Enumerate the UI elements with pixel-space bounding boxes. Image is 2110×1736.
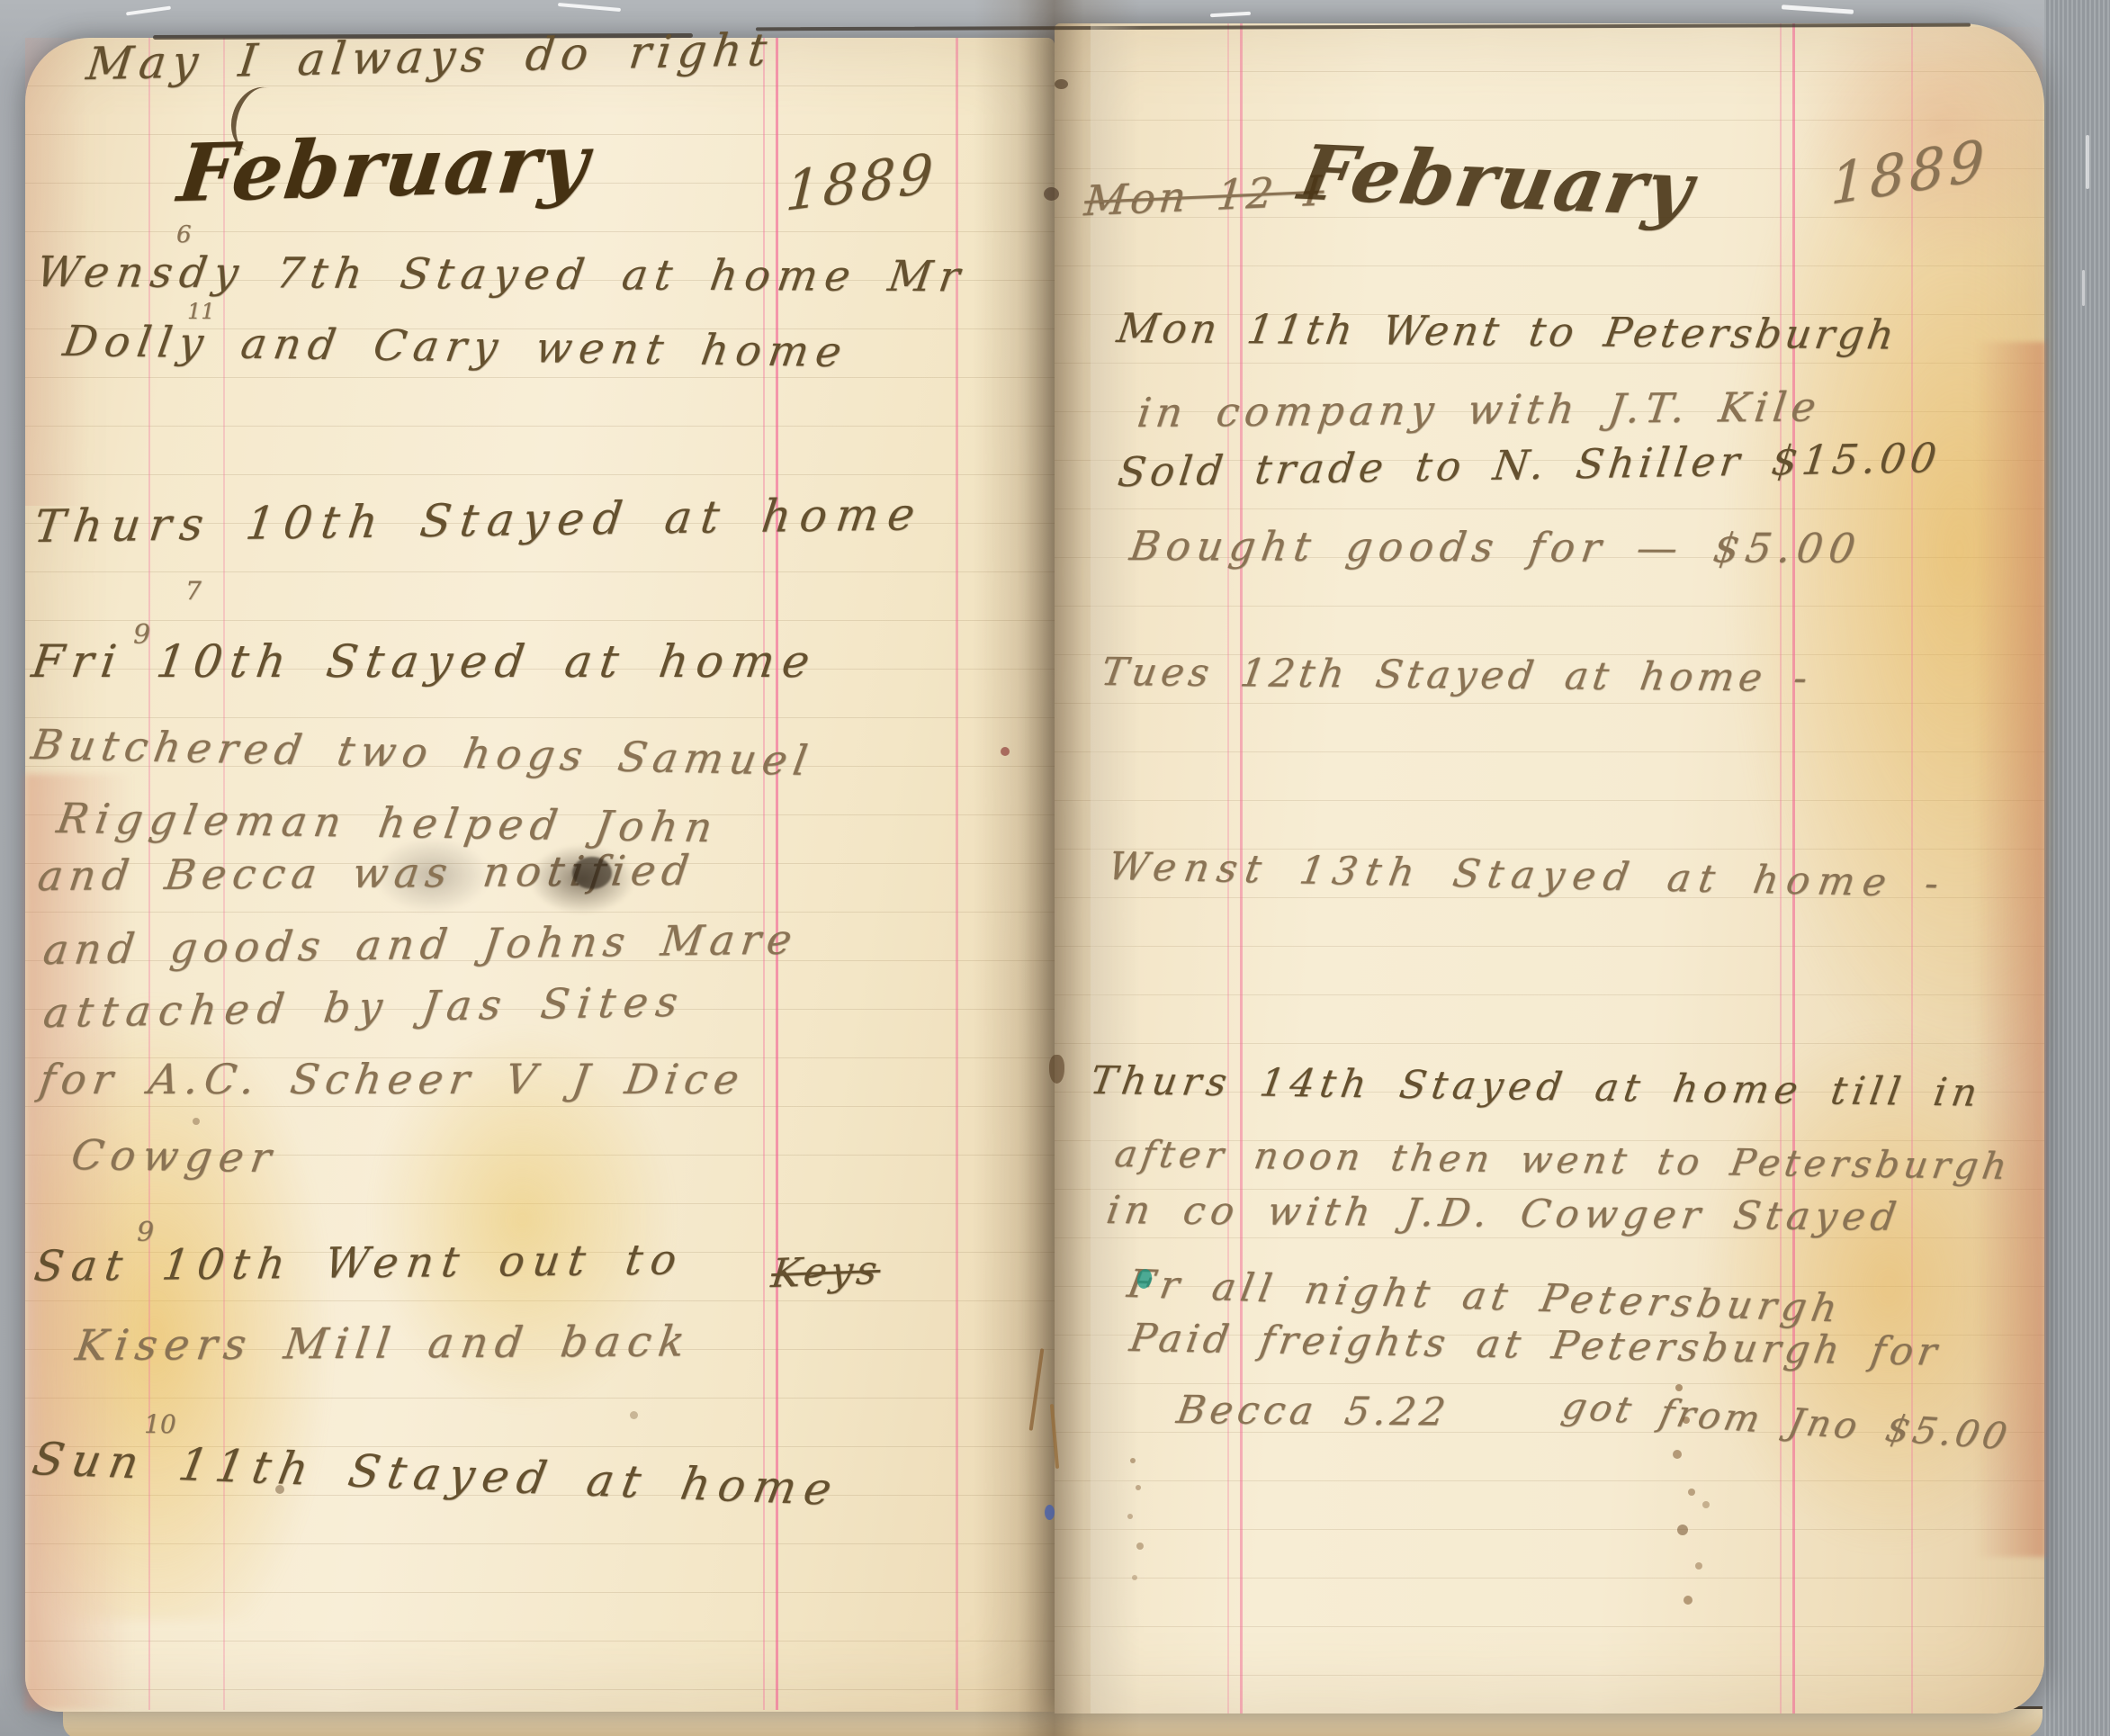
- scanner-edge-strip: [2044, 0, 2110, 1736]
- gutter-spot: [1055, 79, 1068, 89]
- diary-scan: May I always do right February 1889 Wens…: [0, 0, 2110, 1736]
- scanner-glint: [2086, 135, 2089, 189]
- scanner-glint: [2082, 270, 2085, 306]
- diary-line: and Becca was notified: [35, 846, 698, 900]
- diary-line: Wensdy 7th Stayed at home Mr: [33, 247, 970, 301]
- scanner-glint: [1782, 4, 1854, 14]
- diary-line: Kisers Mill and back: [73, 1317, 695, 1371]
- gutter-spot: [1044, 187, 1059, 201]
- paper-spot: [193, 1118, 200, 1125]
- date-correction: 9: [137, 1217, 154, 1248]
- speckle-trail: [1675, 1384, 1683, 1391]
- date-correction: 6: [176, 221, 192, 248]
- diary-line: Bought goods for — $5.00: [1127, 522, 1864, 572]
- diary-line: in co with J.D. Cowger Stayed: [1104, 1188, 1905, 1240]
- blue-fiber: [1045, 1505, 1055, 1520]
- date-correction: 10: [144, 1409, 176, 1439]
- date-correction: 7: [185, 576, 202, 606]
- paper-spot: [630, 1411, 638, 1419]
- struck-word: Keys: [769, 1247, 883, 1297]
- diary-line: Becca 5.22: [1174, 1388, 1453, 1435]
- scanner-glint: [1210, 12, 1251, 17]
- month-heading-right: February: [1293, 128, 1701, 233]
- red-speck: [1001, 747, 1010, 756]
- date-correction: 11: [187, 299, 215, 324]
- diary-line: Tues 12th Stayed at home -: [1099, 650, 1815, 701]
- scanner-glint: [558, 3, 621, 12]
- diary-line: in company with J.T. Kile: [1135, 382, 1824, 436]
- diary-line: for A.C. Scheer V J Dice: [36, 1055, 748, 1103]
- diary-line: Cowger: [68, 1130, 282, 1182]
- diary-line: Sat 10th Went out to: [31, 1235, 687, 1291]
- scanner-glint: [126, 6, 171, 16]
- speckle-trail: [1130, 1458, 1136, 1463]
- date-correction: 9: [133, 619, 150, 651]
- diary-line: Mon 11th Went to Petersburgh: [1114, 304, 1900, 358]
- paper-spot: [275, 1485, 284, 1494]
- month-heading-left: February: [174, 115, 595, 220]
- diary-line: Riggleman helped John: [54, 794, 723, 851]
